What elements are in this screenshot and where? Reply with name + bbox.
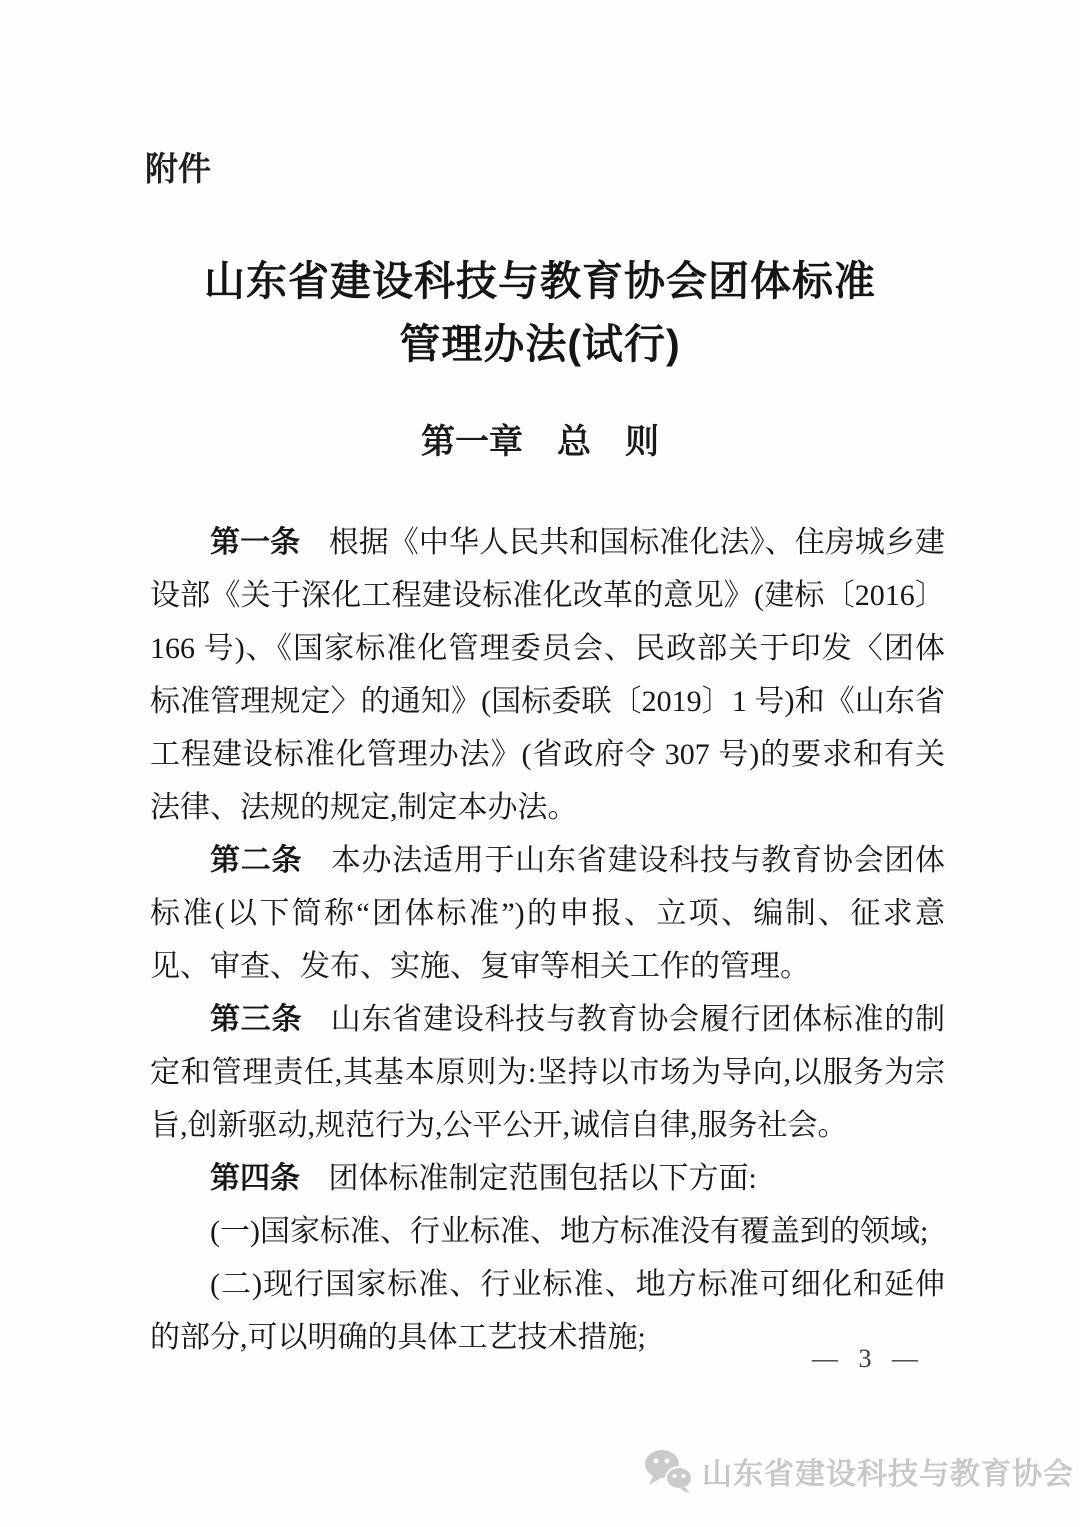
article-1-number: 第一条 <box>210 526 300 559</box>
title-line-1: 山东省建设科技与教育协会团体标准 <box>0 250 1080 313</box>
list-item-1: (一)国家标准、行业标准、地方标准没有覆盖到的领域; <box>150 1205 945 1258</box>
document-body: 第一条根据《中华人民共和国标准化法》、住房城乡建设部《关于深化工程建设标准化改革… <box>150 516 945 1364</box>
paragraph-article-3: 第三条山东省建设科技与教育协会履行团体标准的制定和管理责任,其基本原则为:坚持以… <box>150 993 945 1152</box>
footer-brand: 山东省建设科技与教育协会 <box>702 1449 1074 1493</box>
footer-watermark: 山东省建设科技与教育协会 <box>643 1447 1074 1495</box>
page-number: — 3 — <box>812 1344 925 1374</box>
title-line-2: 管理办法(试行) <box>0 313 1080 376</box>
list-item-1-text: (一)国家标准、行业标准、地方标准没有覆盖到的领域; <box>210 1215 928 1248</box>
paragraph-article-1: 第一条根据《中华人民共和国标准化法》、住房城乡建设部《关于深化工程建设标准化改革… <box>150 516 945 834</box>
paragraph-article-4: 第四条团体标准制定范围包括以下方面: <box>150 1152 945 1205</box>
attachment-label: 附件 <box>145 143 211 190</box>
article-4-text: 团体标准制定范围包括以下方面: <box>329 1162 757 1195</box>
document-page: 附件 山东省建设科技与教育协会团体标准 管理办法(试行) 第一章 总 则 第一条… <box>0 0 1080 1527</box>
article-2-number: 第二条 <box>210 844 302 877</box>
article-3-number: 第三条 <box>210 1003 302 1036</box>
list-item-2-text: (二)现行国家标准、行业标准、地方标准可细化和延伸的部分,可以明确的具体工艺技术… <box>150 1268 945 1354</box>
document-title: 山东省建设科技与教育协会团体标准 管理办法(试行) <box>0 250 1080 376</box>
chapter-heading: 第一章 总 则 <box>0 414 1080 463</box>
article-4-number: 第四条 <box>210 1162 300 1195</box>
paragraph-article-2: 第二条本办法适用于山东省建设科技与教育协会团体标准(以下简称“团体标准”)的申报… <box>150 834 945 993</box>
wechat-icon <box>643 1447 693 1495</box>
article-1-text: 根据《中华人民共和国标准化法》、住房城乡建设部《关于深化工程建设标准化改革的意见… <box>150 526 945 824</box>
